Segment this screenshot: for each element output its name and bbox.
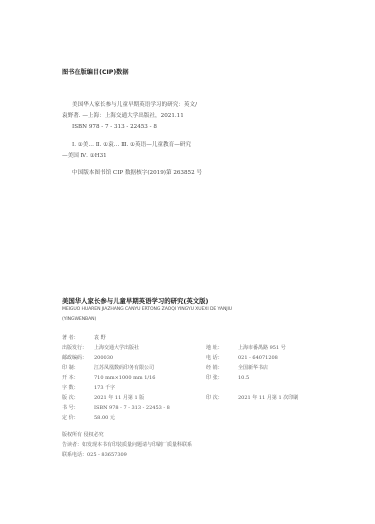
detail-author: 著 者：袁 野 [62,334,106,341]
cip-classification-1: Ⅰ. ①美… Ⅱ. ①袁… Ⅲ. ①英语—儿童教育—研究 [72,140,191,151]
detail-wordcount: 字 数：173 千字 [62,384,115,391]
cip-classification-2: —美国 Ⅳ. ①H31 [62,151,107,162]
detail-postcode: 邮政编码：200030 [62,354,113,361]
cip-line-2: 袁野著. —上海：上海交通大学出版社，2021.11 [62,111,184,122]
cip-heading: 图书在版编目(CIP)数据 [62,67,129,76]
book-title: 美国华人家长参与儿童早期英语学习的研究(英文版) [62,296,208,305]
contact-phone: 联系电话：025 - 83657309 [62,451,127,458]
cip-number: 中国版本图书馆 CIP 数据核字(2019)第 263852 号 [72,168,202,179]
cip-line-1: 美国华人家长参与儿童早期英语学习的研究：英文/ [72,100,197,111]
cip-isbn: ISBN 978 - 7 - 313 - 22453 - 8 [72,122,157,133]
book-pinyin-2: (YINGWENBAN) [62,317,96,322]
detail-printing: 印 次：2021 年 11 月第 1 次印刷 [206,394,298,401]
detail-sheets: 印 张：10.5 [206,374,249,381]
detail-publisher: 出版发行：上海交通大学出版社 [62,344,139,351]
book-pinyin-1: MEIGUO HUAREN JIAZHANG CANYU ERTONG ZAOQ… [62,307,232,312]
detail-edition: 版 次：2021 年 11 月第 1 版 [62,394,144,401]
reader-notice: 告读者：如发现本书有印装质量问题请与印刷厂质量科联系 [62,441,192,448]
detail-format: 开 本：710 mm×1000 mm 1/16 [62,374,155,381]
detail-price: 定 价：58.00 元 [62,414,115,421]
detail-distributor: 经 销：全国新华书店 [206,364,268,371]
detail-phone: 电 话：021 - 64071208 [206,354,278,361]
detail-address: 地 址：上海市番禺路 951 号 [206,344,286,351]
copyright-notice: 版权所有 侵权必究 [62,431,104,438]
detail-printer: 印 制：江苏凤凰数码印务有限公司 [62,364,154,371]
detail-isbn: 书 号：ISBN 978 - 7 - 313 - 22453 - 8 [62,404,170,411]
